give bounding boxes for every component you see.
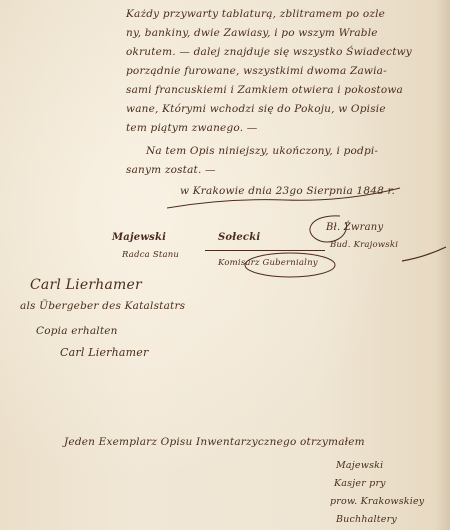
- signature-left-name: Majewski: [112, 232, 166, 243]
- signature-right-name: Bł. Żwrany: [326, 222, 383, 233]
- receipt-signature-line-4: Buchhaltery: [336, 514, 397, 525]
- signature-right-tail: [400, 245, 450, 265]
- paper-edge-shadow: [436, 0, 450, 530]
- body-line-7: tem piątym zwanego. —: [126, 122, 258, 134]
- body-line-3: okrutem. — dalej znajduje się wszystko Ś…: [126, 46, 412, 58]
- german-signature-role: als Übergeber des Katalstatrs: [20, 300, 185, 312]
- body-line-9: sanym zostat. —: [126, 164, 216, 176]
- receipt-signature-line-1: Majewski: [336, 460, 383, 471]
- receipt-signature-line-3: prow. Krakowskiey: [330, 496, 424, 507]
- body-line-5: sami francuskiemi i Zamkiem otwiera i po…: [126, 84, 403, 96]
- body-line-4: porządnie furowane, wszystkimi dwoma Zaw…: [126, 65, 387, 77]
- body-line-1: Każdy przywarty tablaturą, zblitramem po…: [126, 8, 385, 20]
- body-line-8: Na tem Opis niniejszy, ukończony, i podp…: [146, 145, 378, 157]
- german-signature-name-2: Carl Lierhamer: [60, 346, 148, 359]
- signature-right-title: Bud. Krajowski: [330, 240, 398, 250]
- receipt-line: Jeden Exemplarz Opisu Inwentarzycznego o…: [64, 436, 365, 448]
- german-signature-name: Carl Lierhamer: [30, 277, 142, 293]
- german-copy-received: Copia erhalten: [36, 325, 118, 337]
- receipt-signature-line-2: Kasjer pry: [334, 478, 386, 489]
- date-underline-flourish: [165, 180, 405, 210]
- signature-center-name: Sołecki: [218, 232, 260, 243]
- body-line-2: ny, bankiny, dwie Zawiasy, i po wszym Wr…: [126, 27, 378, 39]
- body-line-6: wane, Którymi wchodzi się do Pokoju, w O…: [126, 103, 386, 115]
- signature-left-title: Radca Stanu: [122, 250, 179, 260]
